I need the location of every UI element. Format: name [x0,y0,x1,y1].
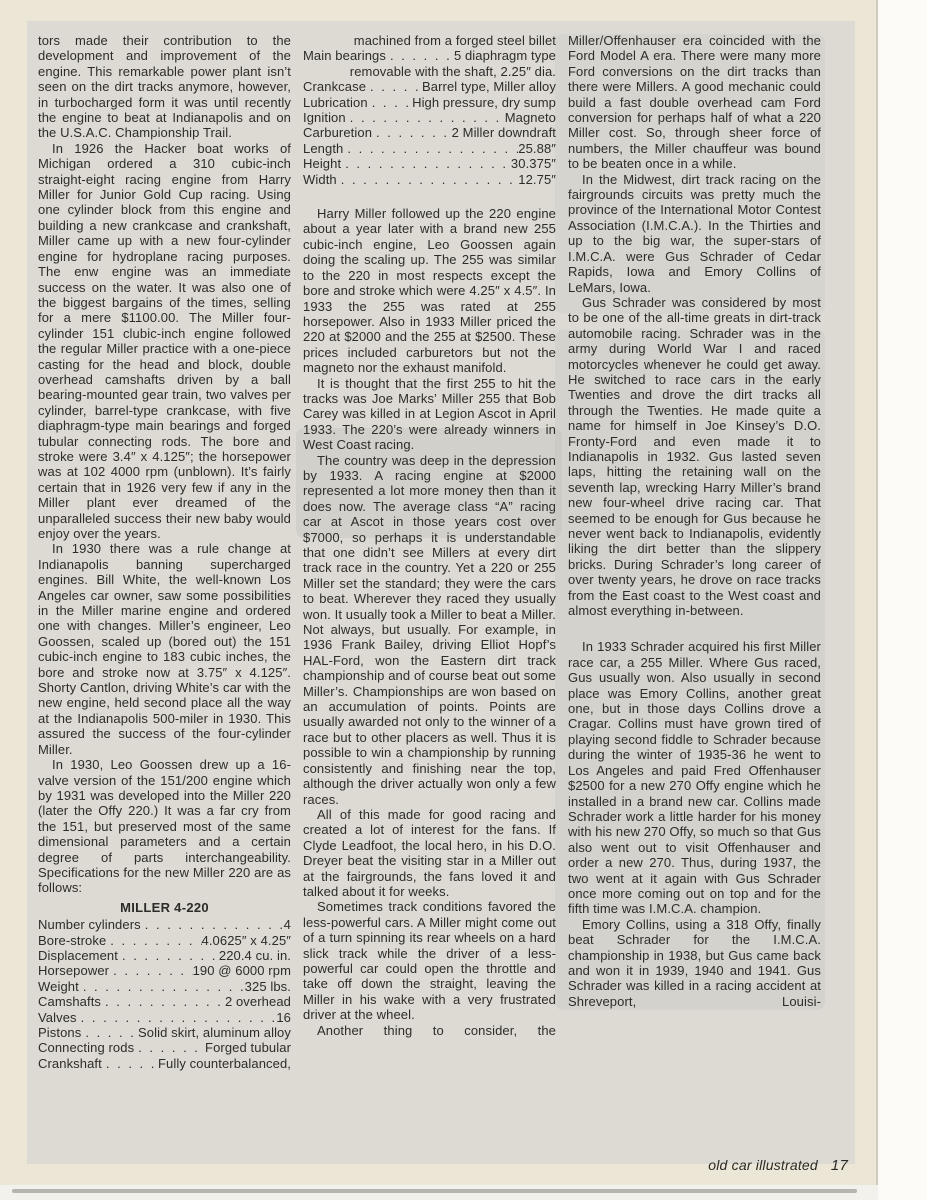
spec-value: 4.0625″ x 4.25″ [202,933,292,948]
spec-table-title: MILLER 4-220 [38,900,291,915]
spec-row: Width 12.75″ [303,172,556,187]
body-paragraph: Emory Collins, using a 318 Offy, finally… [568,917,821,1009]
dot-leader [118,948,219,963]
spec-row: Valves 16 [38,1010,291,1025]
body-paragraph: In 1930 there was a rule change at India… [38,541,291,757]
page-footer: old car illustrated17 [568,1157,848,1174]
spec-value: Magneto [505,110,556,125]
dot-leader [346,110,505,125]
spec-row: Pistons Solid skirt, aluminum alloy [38,1025,291,1040]
dot-leader [366,79,422,94]
spec-label: Ignition [303,110,346,125]
dot-leader [81,1025,138,1040]
spec-value: 2 overhead [225,994,291,1009]
dot-leader [102,1056,158,1071]
scan-bottom-strip [0,1185,878,1200]
spec-label: Displacement [38,948,118,963]
spec-label: Weight [38,979,79,994]
dot-leader [79,979,245,994]
spec-value: 25.88″ [518,141,556,156]
body-paragraph: In the Midwest, dirt track racing on the… [568,172,821,295]
spec-value: 12.75″ [518,172,556,187]
page-number: 17 [831,1157,848,1174]
spec-row: Carburetion 2 Miller downdraft [303,125,556,140]
spec-row: Number cylinders 4 [38,917,291,932]
spec-label: Horsepower [38,963,109,978]
spec-value: Forged tubular [205,1040,291,1055]
spec-label: Connecting rods [38,1040,134,1055]
body-paragraph: Harry Miller followed up the 220 engine … [303,206,556,375]
body-paragraph: Miller/Offenhauser era coincided with th… [568,33,821,172]
spec-label: Camshafts [38,994,101,1009]
dot-leader [343,141,518,156]
spec-label: Carburetion [303,125,372,140]
spec-row: Ignition Magneto [303,110,556,125]
page-edge-shadow [12,1189,857,1193]
spec-label: Bore-stroke [38,933,106,948]
spec-row: Bore-stroke 4.0625″ x 4.25″ [38,933,291,948]
spec-label: Height [303,156,341,171]
spec-continuation: machined from a forged steel billet [303,33,556,48]
spec-value: 220.4 cu. in. [219,948,291,963]
scan-right-strip [880,0,927,1200]
spec-row: Camshafts 2 overhead [38,994,291,1009]
spec-row: Length 25.88″ [303,141,556,156]
spec-label: Lubrication [303,95,368,110]
spec-label: Number cylinders [38,917,141,932]
spec-row: Horsepower 190 @ 6000 rpm [38,963,291,978]
spec-label: Valves [38,1010,77,1025]
dot-leader [134,1040,205,1055]
spec-row: Lubrication High pressure, dry sump [303,95,556,110]
dot-leader [106,933,201,948]
spec-value: 4 [284,917,291,932]
spec-row: Crankcase Barrel type, Miller alloy [303,79,556,94]
magazine-title: old car illustrated [708,1157,818,1173]
body-paragraph: The country was deep in the depression b… [303,453,556,807]
spec-continuation: removable with the shaft, 2.25″ dia. [303,64,556,79]
spec-label: Width [303,172,337,187]
spec-label: Length [303,141,343,156]
dot-leader [141,917,284,932]
spec-value: High pressure, dry sump [412,95,556,110]
spec-value: 5 diaphragm type [454,48,556,63]
spec-value: Solid skirt, aluminum alloy [138,1025,291,1040]
column-right: Miller/Offenhauser era coincided with th… [568,33,821,1009]
column-middle: machined from a forged steel billet Main… [303,33,556,1038]
body-paragraph: tors made their contribution to the deve… [38,33,291,141]
column-left: tors made their contribution to the deve… [38,33,291,1071]
scanned-magazine-page: tors made their contribution to the deve… [0,0,927,1200]
body-paragraph: It is thought that the first 255 to hit … [303,376,556,453]
spec-row: Height 30.375″ [303,156,556,171]
body-paragraph: All of this made for good racing and cre… [303,807,556,899]
dot-leader [337,172,519,187]
spec-label: Main bearings [303,48,386,63]
spec-value: Barrel type, Miller alloy [422,79,556,94]
spec-value: 30.375″ [511,156,556,171]
spec-label: Crankshaft [38,1056,102,1071]
body-paragraph: In 1933 Schrader acquired his first Mill… [568,639,821,916]
spec-label: Crankcase [303,79,366,94]
spec-value: 190 @ 6000 rpm [193,963,291,978]
body-paragraph: Gus Schrader was considered by most to b… [568,295,821,619]
body-paragraph: In 1926 the Hacker boat works of Michiga… [38,141,291,542]
spec-row: Weight 325 lbs. [38,979,291,994]
dot-leader [368,95,412,110]
body-paragraph: In 1930, Leo Goossen drew up a 16-valve … [38,757,291,896]
spec-row: Displacement 220.4 cu. in. [38,948,291,963]
body-paragraph: Another thing to consider, the [303,1023,556,1038]
spec-label: Pistons [38,1025,81,1040]
dot-leader [109,963,192,978]
column-middle-body: Harry Miller followed up the 220 engine … [303,206,556,1038]
spec-value: 2 Miller downdraft [452,125,556,140]
body-paragraph: Sometimes track conditions favored the l… [303,899,556,1022]
spec-value: Fully counterbalanced, [158,1056,291,1071]
dot-leader [341,156,511,171]
spec-row: Main bearings 5 diaphragm type [303,48,556,63]
spec-value: 325 lbs. [245,979,291,994]
magazine-paper: tors made their contribution to the deve… [0,0,878,1185]
spec-value: 16 [276,1010,291,1025]
spec-row: Crankshaft Fully counterbalanced, [38,1056,291,1071]
dot-leader [372,125,452,140]
dot-leader [101,994,225,1009]
dot-leader [386,48,454,63]
spec-row: Connecting rods Forged tubular [38,1040,291,1055]
dot-leader [77,1010,277,1025]
